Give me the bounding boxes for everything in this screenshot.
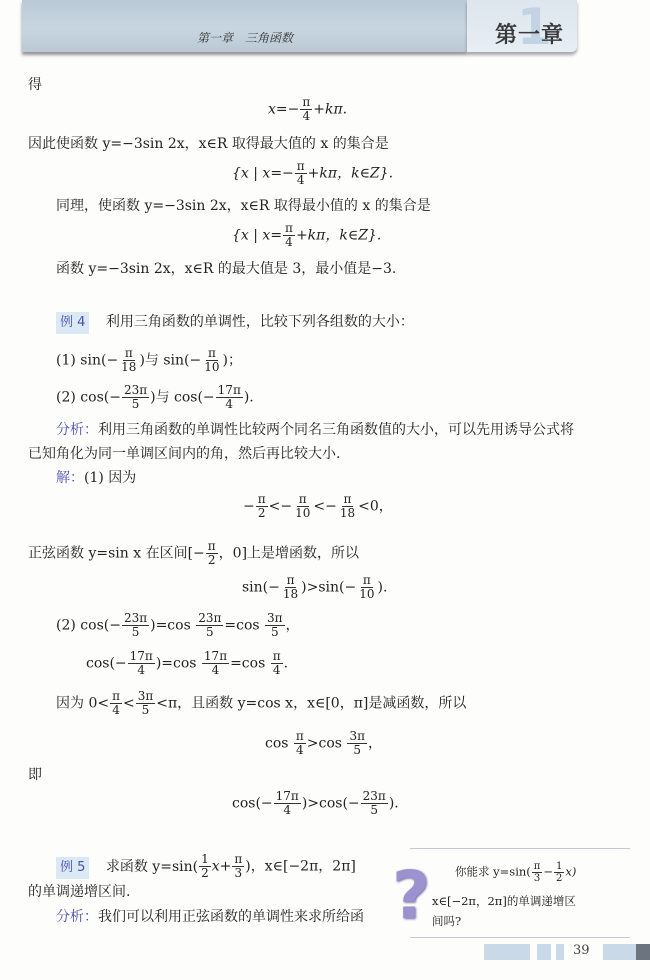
- chapter-badge: 1 第一章: [467, 0, 577, 52]
- example5-prompt-line2: 的单调递增区间.: [28, 883, 130, 901]
- denominator: 5: [130, 398, 142, 411]
- denominator: 4: [135, 664, 147, 677]
- op: <−: [269, 499, 292, 515]
- end: ).: [389, 796, 399, 812]
- example4-part2: (2) cos(−23π5)与 cos(−17π4).: [56, 384, 254, 411]
- text-a: 正弦函数 y=sin x 在区间[−: [28, 546, 205, 562]
- example4-heading: 例 4 利用三角函数的单调性，比较下列各组数的大小：: [56, 312, 414, 334]
- fraction: π10: [202, 347, 221, 374]
- chapter-label: 第一章: [495, 18, 564, 49]
- denominator: 4: [110, 704, 122, 717]
- denominator: 5: [351, 744, 363, 757]
- denominator: 5: [140, 704, 152, 717]
- numerator: π: [297, 493, 309, 507]
- part-label: (1): [56, 353, 76, 369]
- text-a: cos(−: [80, 618, 121, 634]
- denominator: 5: [130, 626, 142, 639]
- footer-decor-block: [556, 944, 564, 960]
- text-b: )=cos: [156, 656, 201, 672]
- numerator: 1: [199, 853, 211, 867]
- part-label: (2): [56, 390, 76, 406]
- numerator: π: [295, 160, 307, 174]
- op: )>sin(−: [301, 580, 356, 596]
- fraction: 23π5: [196, 612, 223, 639]
- fraction: π2: [206, 540, 218, 567]
- fraction: 17π4: [274, 790, 301, 817]
- fraction: π4: [110, 690, 122, 717]
- example5-heading: 例 5 求函数 y=sin(12x+π3)，x∈[−2π，2π]: [56, 853, 356, 880]
- fraction: π18: [338, 493, 357, 520]
- part2-line1: (2) cos(−23π5)=cos 23π5=cos 3π5，: [56, 612, 300, 639]
- prompt-a: 求函数 y=sin(: [106, 859, 198, 875]
- op: <: [123, 696, 135, 712]
- denominator: 18: [119, 361, 138, 374]
- because-sentence: 因为 0<π4<3π5<π，且函数 y=cos x，x∈[0，π]是减函数，所以: [56, 690, 466, 717]
- func-a: cos(−: [80, 390, 121, 406]
- chapter-header-banner: 第一章 三角函数: [22, 0, 467, 52]
- numerator: π: [361, 574, 373, 588]
- denominator: 4: [210, 664, 222, 677]
- denominator: 4: [283, 236, 295, 249]
- numerator: 23π: [122, 612, 149, 626]
- fraction: 23π5: [122, 612, 149, 639]
- text-b: )=cos: [150, 618, 195, 634]
- numerator: 17π: [202, 650, 229, 664]
- set-tail: +kπ，k∈Z}.: [308, 166, 393, 182]
- numerator: 3π: [347, 730, 367, 744]
- sine-increasing-sentence: 正弦函数 y=sin x 在区间[−π2，0]上是增函数，所以: [28, 540, 359, 567]
- denominator: 10: [202, 361, 221, 374]
- numerator: π: [232, 853, 244, 867]
- numerator: 17π: [216, 384, 243, 398]
- analysis-label: 分析：: [56, 422, 98, 438]
- result-1: sin(−π18)>sin(−π10).: [242, 574, 387, 601]
- example4-tag: 例 4: [56, 312, 89, 334]
- fraction: π3: [232, 853, 244, 880]
- equation-x: x=−π4+kπ.: [268, 96, 347, 123]
- denominator: 4: [294, 744, 306, 757]
- solution-label: 解：: [56, 470, 84, 486]
- fraction: π4: [294, 730, 306, 757]
- result-2: cos π4>cos 3π5，: [265, 730, 382, 757]
- fraction: π3: [532, 861, 543, 884]
- analysis-label: 分析：: [56, 909, 98, 925]
- footer-decor-block: [603, 944, 636, 960]
- analysis-text: 我们可以利用正弦函数的单调性来求所给函: [98, 909, 364, 925]
- fraction: π4: [283, 222, 295, 249]
- denominator: 3: [233, 867, 245, 880]
- intro-word: 得: [28, 76, 42, 94]
- fraction: 17π4: [202, 650, 229, 677]
- joiner: )与 cos(−: [150, 390, 215, 406]
- fraction: 3π5: [136, 690, 156, 717]
- end: ).: [244, 390, 254, 406]
- text-b: ，0]上是增函数，所以: [219, 546, 359, 562]
- op: >cos: [307, 736, 347, 752]
- fraction: 12: [199, 853, 211, 880]
- min-set: {x | x=π4+kπ，k∈Z}.: [232, 222, 381, 249]
- footer-decor-block-dark: [636, 944, 650, 960]
- extreme-values: 函数 y=−3sin 2x，x∈R 的最大值是 3，最小值是−3.: [56, 260, 396, 278]
- max-set: {x | x=−π4+kπ，k∈Z}.: [232, 160, 393, 187]
- end: )；: [223, 353, 242, 369]
- func-a: sin(−: [80, 353, 118, 369]
- numerator: π: [300, 96, 312, 110]
- numerator: π: [110, 690, 122, 704]
- solution-start: 解：(1) 因为: [56, 469, 136, 487]
- mid: x+: [212, 859, 232, 875]
- fraction: 23π5: [361, 790, 388, 817]
- denominator: 5: [368, 804, 380, 817]
- denominator: 18: [338, 507, 357, 520]
- denominator: 3: [532, 873, 542, 884]
- eq-lhs: x=−: [268, 102, 299, 118]
- fraction: π10: [293, 493, 312, 520]
- example4-prompt: 利用三角函数的单调性，比较下列各组数的大小：: [106, 314, 414, 330]
- numerator: π: [256, 493, 268, 507]
- side-line2: x∈[−2π，2π]的单调递增区: [432, 893, 576, 909]
- sidebar-question-box: ? 你能求 y=sin(π3−12x) x∈[−2π，2π]的单调递增区 间吗?: [410, 848, 630, 938]
- numerator: π: [283, 222, 295, 236]
- numerator: π: [532, 861, 543, 873]
- denominator: 2: [256, 507, 268, 520]
- fraction: π10: [357, 574, 376, 601]
- text-c: =cos: [224, 618, 264, 634]
- fraction: π4: [300, 96, 312, 123]
- denominator: 2: [554, 873, 564, 884]
- question-mark-icon: ?: [392, 857, 430, 934]
- op: <0，: [358, 499, 393, 515]
- text-b: <π，且函数 y=cos x，x∈[0，π]是减函数，所以: [156, 696, 466, 712]
- text-c: =cos: [230, 656, 270, 672]
- numerator: π: [294, 730, 306, 744]
- fraction: 3π5: [265, 612, 285, 639]
- numerator: π: [285, 574, 297, 588]
- text-a: 你能求 y=sin(: [455, 865, 531, 879]
- numerator: 1: [554, 861, 564, 873]
- fraction: π18: [119, 347, 138, 374]
- text-a: cos(−: [86, 656, 127, 672]
- text-a: 因为 0<: [56, 696, 109, 712]
- op: )>cos(−: [302, 796, 360, 812]
- page-number: 39: [573, 943, 590, 958]
- text-a: cos: [265, 736, 293, 752]
- denominator: 4: [300, 110, 312, 123]
- part2-line2: cos(−17π4)=cos 17π4=cos π4.: [86, 650, 288, 677]
- denominator: 4: [295, 174, 307, 187]
- fraction: 23π5: [122, 384, 149, 411]
- denominator: 2: [199, 867, 211, 880]
- set-open: {x | x=−: [232, 166, 294, 182]
- denominator: 18: [281, 588, 300, 601]
- numerator: 23π: [361, 790, 388, 804]
- fraction: π18: [281, 574, 300, 601]
- end: ).: [378, 580, 388, 596]
- end: .: [284, 656, 288, 672]
- numerator: 3π: [265, 612, 285, 626]
- fraction: π2: [256, 493, 268, 520]
- inequality-1: −π2<−π10<−π18<0，: [243, 493, 393, 520]
- ji-word: 即: [28, 766, 42, 784]
- numerator: π: [271, 650, 283, 664]
- numerator: π: [206, 540, 218, 554]
- set-tail: +kπ，k∈Z}.: [296, 228, 381, 244]
- result-3: cos(−17π4)>cos(−23π5).: [232, 790, 399, 817]
- example5-analysis: 分析：我们可以利用正弦函数的单调性来求所给函: [56, 908, 364, 926]
- denominator: 2: [206, 554, 218, 567]
- side-line1: 你能求 y=sin(π3−12x): [455, 861, 576, 884]
- op: −: [543, 865, 553, 879]
- fraction: π4: [271, 650, 283, 677]
- denominator: 4: [271, 664, 283, 677]
- denominator: 10: [357, 588, 376, 601]
- side-line3: 间吗?: [432, 913, 461, 929]
- end: ，: [368, 736, 382, 752]
- text-b: x): [565, 865, 576, 879]
- prompt-b: )，x∈[−2π，2π]: [245, 859, 356, 875]
- footer-decor-block: [484, 944, 530, 960]
- fraction: 17π4: [216, 384, 243, 411]
- min-set-sentence: 同理，使函数 y=−3sin 2x，x∈R 取得最小值的 x 的集合是: [56, 197, 431, 215]
- numerator: 17π: [274, 790, 301, 804]
- footer-decor-block: [537, 944, 551, 960]
- numerator: 23π: [196, 612, 223, 626]
- denominator: 5: [204, 626, 216, 639]
- fraction: 17π4: [128, 650, 155, 677]
- numerator: 23π: [122, 384, 149, 398]
- max-set-sentence: 因此使函数 y=−3sin 2x，x∈R 取得最大值的 x 的集合是: [28, 135, 389, 153]
- example5-tag: 例 5: [56, 857, 89, 879]
- numerator: π: [206, 347, 218, 361]
- fraction: 3π5: [347, 730, 367, 757]
- text-a: cos(−: [232, 796, 273, 812]
- fraction: π4: [295, 160, 307, 187]
- eq-rhs: +kπ.: [313, 102, 347, 118]
- joiner: )与 sin(−: [139, 353, 201, 369]
- example4-analysis-line1: 分析：利用三角函数的单调性比较两个同名三角函数值的大小，可以先用诱导公式将: [56, 421, 574, 439]
- set-open: {x | x=: [232, 228, 282, 244]
- op: <−: [313, 499, 336, 515]
- denominator: 10: [293, 507, 312, 520]
- example4-part1: (1) sin(−π18)与 sin(−π10)；: [56, 347, 242, 374]
- fraction: 12: [554, 861, 564, 884]
- denominator: 4: [223, 398, 235, 411]
- numerator: 3π: [136, 690, 156, 704]
- example4-analysis-line2: 已知角化为同一单调区间内的角，然后再比较大小.: [28, 445, 340, 463]
- denominator: 5: [269, 626, 281, 639]
- solution-text: (1) 因为: [84, 470, 136, 486]
- text-a: sin(−: [242, 580, 280, 596]
- analysis-text: 利用三角函数的单调性比较两个同名三角函数值的大小，可以先用诱导公式将: [98, 422, 574, 438]
- part-label: (2): [56, 618, 76, 634]
- op: −: [243, 499, 255, 515]
- running-title: 第一章 三角函数: [197, 29, 293, 46]
- denominator: 4: [281, 804, 293, 817]
- numerator: 17π: [128, 650, 155, 664]
- numerator: π: [342, 493, 354, 507]
- numerator: π: [123, 347, 135, 361]
- end: ，: [286, 618, 300, 634]
